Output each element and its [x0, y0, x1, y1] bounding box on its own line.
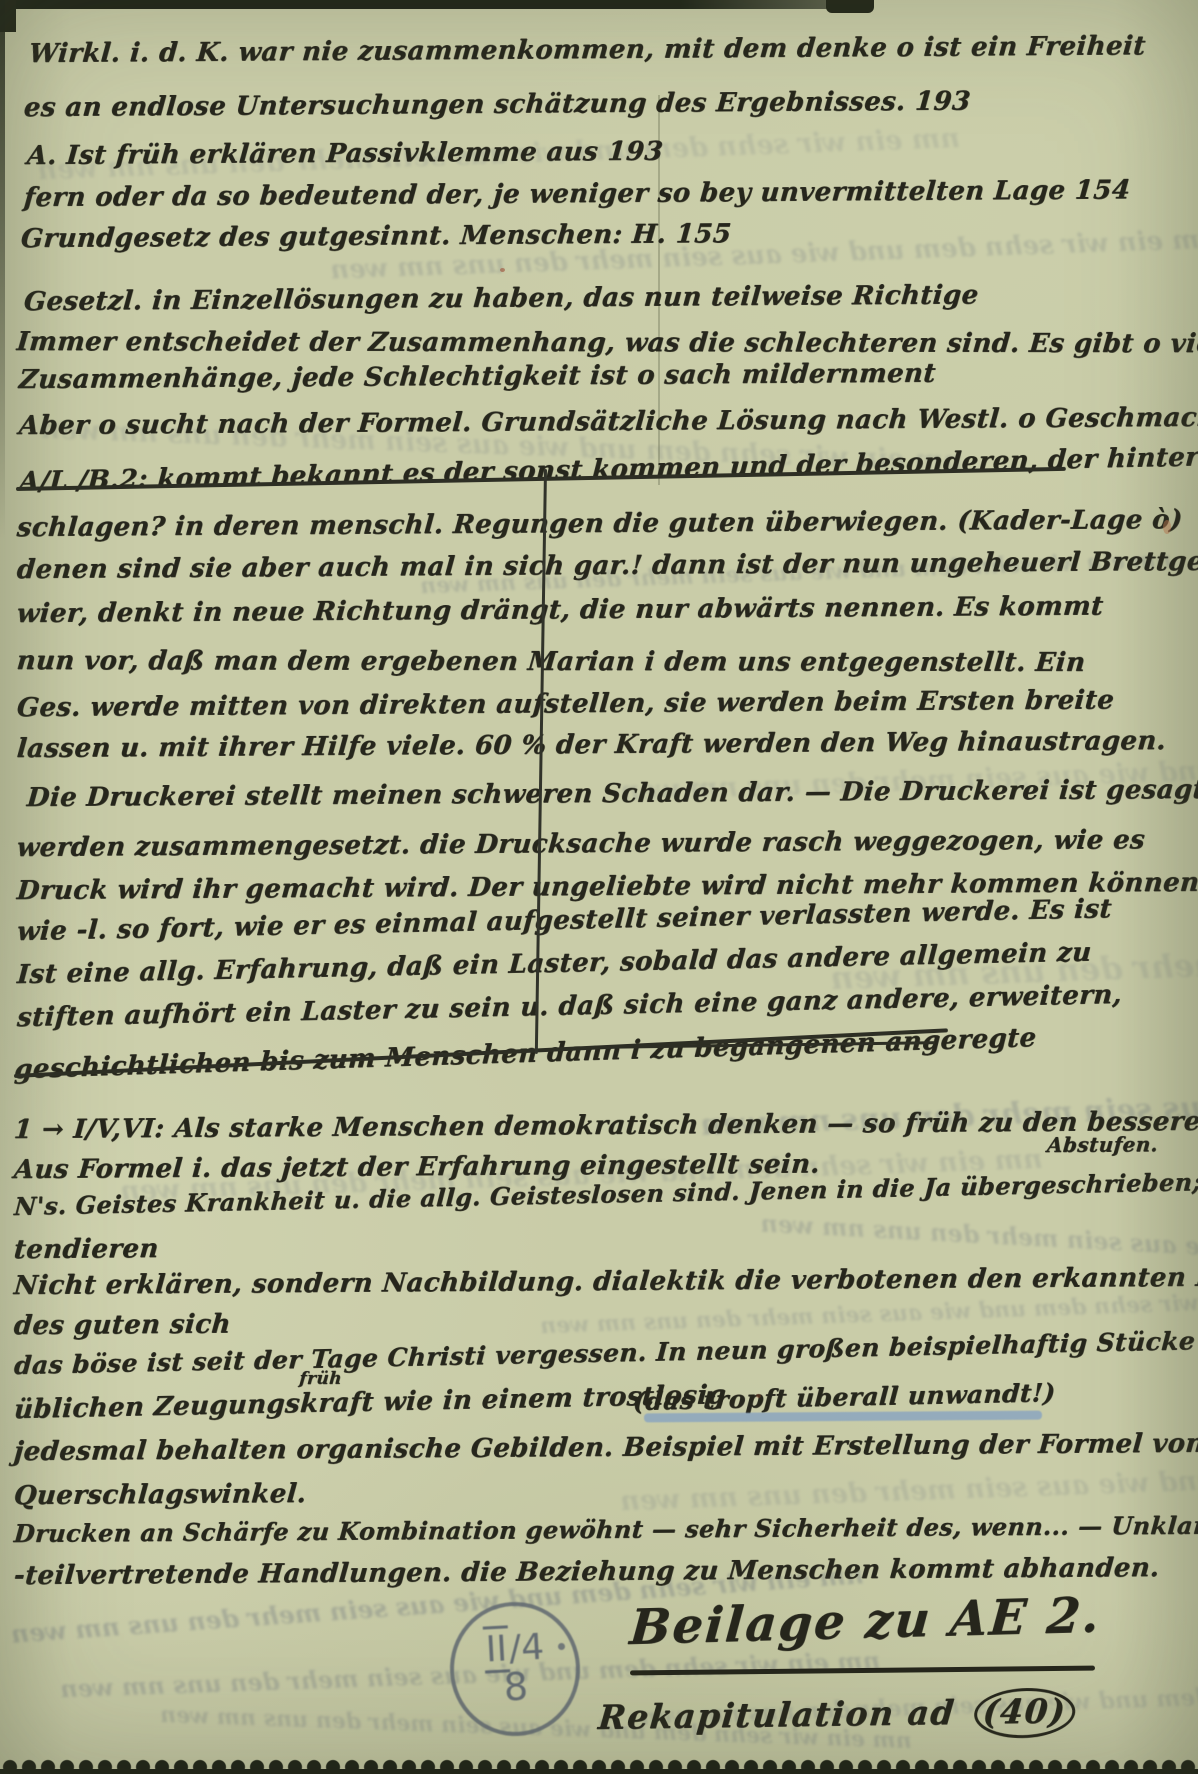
manuscript-line: schlagen? in deren menschl. Regungen die… — [16, 506, 1184, 543]
manuscript-line: fern oder da so bedeutend der, je wenige… — [23, 176, 1132, 212]
blue-underline — [644, 1411, 1042, 1423]
manuscript-line: Die Druckerei stellt meinen schweren Sch… — [26, 776, 1198, 813]
footer-title: Beilage zu AE 2. — [628, 1590, 1103, 1655]
perforated-edge-base — [0, 1769, 1198, 1774]
manuscript-line: Aber o sucht nach der Formel. Grundsätzl… — [18, 404, 1198, 441]
archive-stamp: II/4 8 — [447, 1599, 584, 1740]
manuscript-line: Gesetzl. in Einzellösungen zu haben, das… — [23, 281, 980, 316]
stamp-upper: II/4 — [483, 1630, 545, 1669]
footer-subtitle: Rekapitulation ad (40) — [597, 1693, 1077, 1736]
manuscript-line: lassen u. mit ihrer Hilfe viele. 60 % de… — [16, 727, 1168, 764]
manuscript-line: Grundgesetz des gutgesinnt. Menschen: H.… — [20, 220, 733, 254]
manuscript-line: üblichen Zeugungskraft wie in einem tros… — [13, 1381, 727, 1425]
stamp-fraction: /4 — [508, 1627, 545, 1670]
pencil-dot — [558, 1643, 565, 1650]
circled-number: (40) — [972, 1687, 1078, 1738]
manuscript-line: 1 → I/V,VI: Als starke Menschen demokrat… — [13, 1107, 1198, 1144]
inserted-word: früh — [298, 1370, 342, 1389]
manuscript-line: tendieren — [13, 1235, 160, 1265]
ink-speck — [500, 268, 505, 272]
margin-note: Abstufen. — [1046, 1133, 1159, 1156]
manuscript-line: jedesmal behalten organische Gebilden. B… — [13, 1430, 1198, 1467]
manuscript-line: nun vor, daß man dem ergebenen Marian i … — [15, 647, 1086, 677]
manuscript-line: Immer entscheidet der Zusammenhang, was … — [15, 328, 1198, 359]
ink-speck — [756, 1394, 761, 1398]
manuscript-page: nm ein wir sehn dem und wie aus sein meh… — [0, 0, 1198, 1774]
footer-subtitle-text: Rekapitulation ad — [597, 1693, 957, 1737]
manuscript-line: des guten sich — [13, 1310, 232, 1340]
manuscript-line: Ges. werde mitten von direkten aufstelle… — [16, 686, 1116, 722]
manuscript-line: Zusammenhänge, jede Schlechtigkeit ist o… — [18, 360, 937, 395]
manuscript-line: Wirkl. i. d. K. war nie zusammenkommen, … — [28, 32, 1147, 68]
page-edge-left — [0, 0, 5, 540]
manuscript-line: wier, denkt in neue Richtung drängt, die… — [16, 592, 1105, 628]
manuscript-line: werden zusammengesetzt. die Drucksache w… — [16, 826, 1146, 862]
manuscript-line: denen sind sie aber auch mal in sich gar… — [16, 548, 1198, 585]
manuscript-line: Ist eine allg. Erfahrung, daß ein Laster… — [16, 938, 1092, 989]
stamp-lower: 8 — [503, 1666, 529, 1709]
manuscript-line: Querschlagswinkel. — [13, 1480, 308, 1511]
page-edge-top-nub — [826, 0, 874, 13]
ink-speck — [1163, 520, 1171, 534]
footer-title-underline — [630, 1666, 1095, 1676]
manuscript-line: Drucken an Schärfe zu Kombination gewöhn… — [13, 1512, 1198, 1547]
bleedthrough-text: nm ein wir sehn dem und wie aus sein meh… — [620, 1454, 1198, 1517]
manuscript-line: -teilvertretende Handlungen. die Beziehu… — [13, 1554, 1161, 1591]
manuscript-line: es an endlose Untersuchungen schätzung d… — [23, 87, 972, 122]
page-edge-top — [0, 0, 872, 9]
manuscript-line: A. Ist früh erklären Passivklemme aus 19… — [26, 138, 664, 171]
manuscript-line: Nicht erklären, sondern Nachbildung. dia… — [13, 1263, 1198, 1300]
